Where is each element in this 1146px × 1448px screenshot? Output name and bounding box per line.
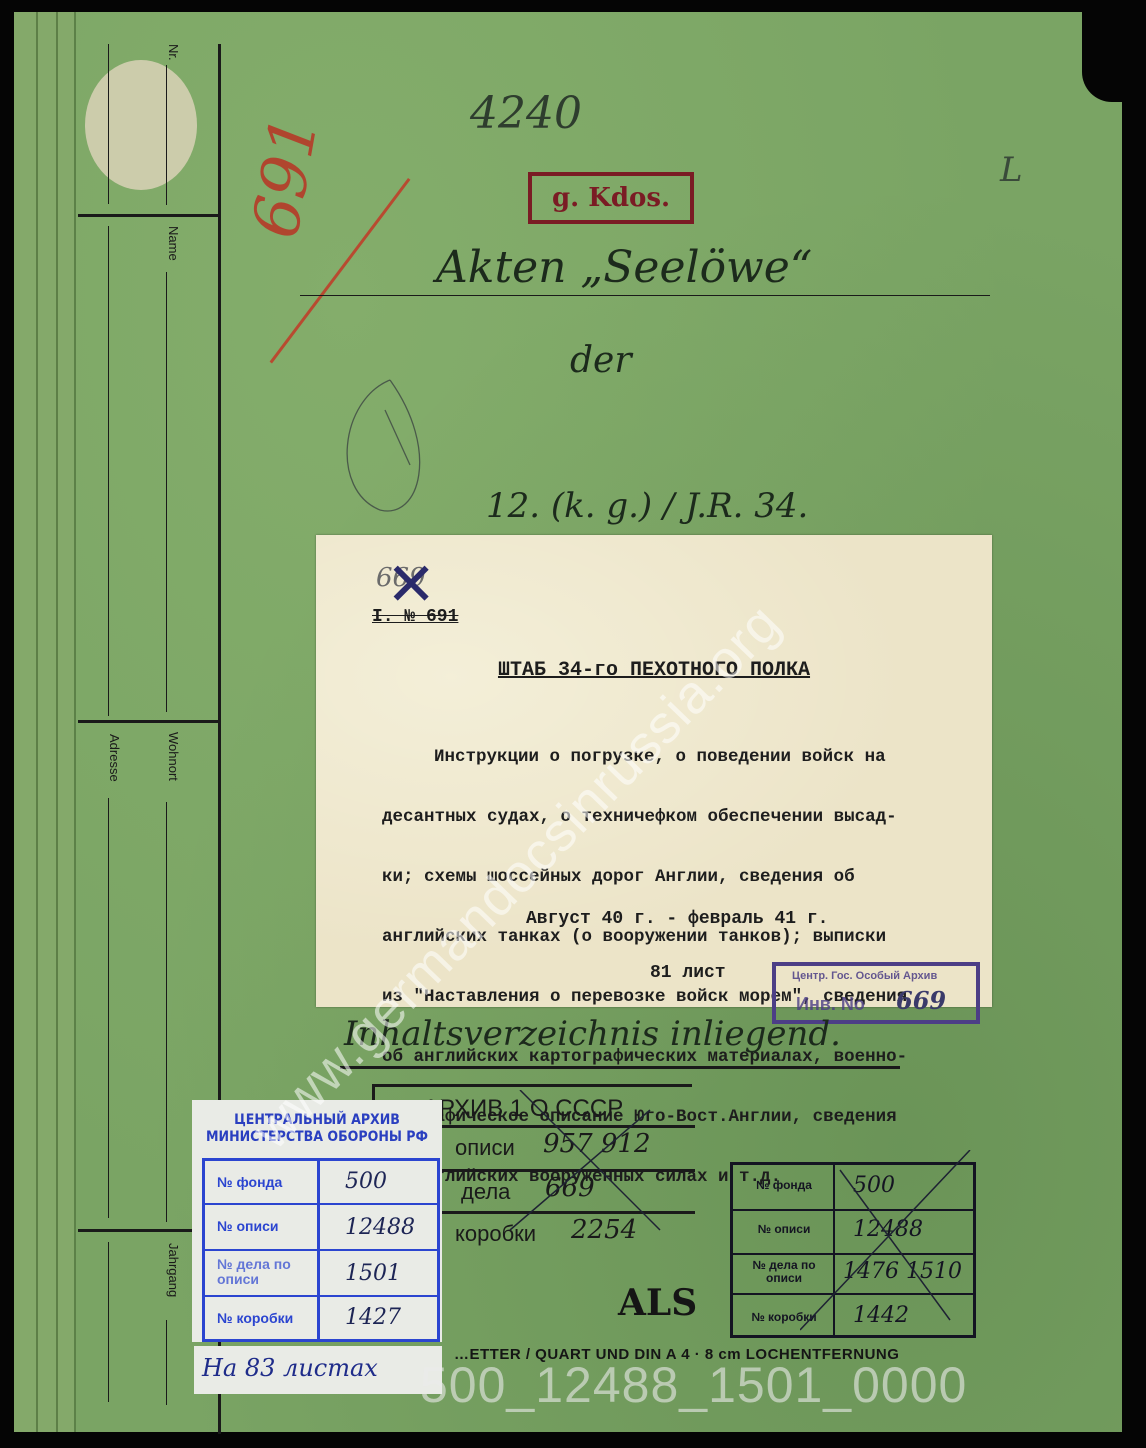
label-grid: № фонда 500 № описи 12488 № дела по опис… — [202, 1158, 440, 1342]
contents-underline — [340, 1066, 900, 1069]
spine-label-name: Name — [166, 226, 181, 261]
card-heading: ШТАБ 34-го ПЕХОТНОГО ПОЛКА — [316, 659, 992, 682]
field-line — [108, 1242, 109, 1402]
torn-corner — [1082, 10, 1146, 102]
field-line — [166, 65, 167, 205]
label-field: № коробки — [217, 1311, 293, 1326]
label-value: 12488 — [345, 1215, 415, 1240]
pencil-number: 4240 — [470, 88, 582, 139]
cross-out-lines — [480, 1090, 740, 1240]
sheets-note: На 83 листах — [194, 1346, 442, 1394]
stamp-inv-value: 669 — [896, 986, 946, 1015]
label-field: № фонда — [217, 1175, 282, 1190]
inventory-number: I. № 691 — [372, 607, 458, 627]
file-id-watermark: 500_12488_1501_0000 — [420, 1356, 967, 1414]
label-field: № дела по описи — [217, 1257, 307, 1287]
pencil-circle-mark — [330, 370, 450, 520]
label-value: 1501 — [345, 1261, 401, 1286]
unit-designation: 12. (k. g.) / J.R. 34. — [486, 486, 808, 526]
folder-spine — [14, 12, 76, 1432]
stamp-inv-label: Инв. No — [796, 994, 865, 1015]
date-range: Август 40 г. - февраль 41 г. — [526, 909, 828, 929]
field-line — [108, 44, 109, 204]
central-archive-label: ЦЕНТРАЛЬНЫЙ АРХИВ МИНИСТЕРСТВА ОБОРОНЫ Р… — [192, 1100, 442, 1342]
field-divider — [78, 214, 220, 217]
label-value: 500 — [345, 1169, 387, 1194]
spine-label-nr: Nr. — [166, 44, 181, 61]
label-value: 1427 — [345, 1305, 401, 1330]
description-line: десантных судах, о техничефком обеспечен… — [382, 807, 982, 827]
label-row-divider — [205, 1295, 437, 1297]
folder-title: Akten „Seelöwe“ — [436, 242, 812, 293]
stamp-archive-name: Центр. Гос. Особый Архив — [792, 970, 937, 982]
label-row-divider — [205, 1203, 437, 1205]
field-line — [166, 802, 167, 1222]
field-line — [108, 798, 109, 1218]
cross-out-lines — [800, 1150, 980, 1340]
field-line — [166, 272, 167, 712]
corner-mark: L — [1000, 150, 1023, 190]
spine-label-wohnort: Wohnort — [166, 732, 181, 781]
printer-logo: ALS — [618, 1282, 697, 1324]
paper-sticker-residue — [85, 60, 197, 190]
field-divider — [78, 720, 220, 723]
field-line — [166, 1320, 167, 1405]
field-line — [108, 226, 109, 716]
sheet-count: 81 лист — [650, 963, 726, 983]
description-line: Инструкции о погрузке, о поведении войск… — [382, 747, 982, 767]
spine-label-jahrgang: Jahrgang — [166, 1243, 181, 1297]
spine-label-adresse: Adresse — [107, 734, 122, 782]
title-underline — [300, 295, 990, 296]
label-field: № описи — [217, 1219, 279, 1234]
secret-classification-stamp: g. Kdos. — [528, 172, 694, 224]
sheets-note-text: На 83 листах — [202, 1354, 378, 1382]
cross-out-mark: ✕ — [386, 555, 436, 615]
label-row-divider — [205, 1249, 437, 1251]
folder-subtitle: der — [570, 340, 632, 381]
label-header: МИНИСТЕРСТВА ОБОРОНЫ РФ — [192, 1129, 442, 1145]
